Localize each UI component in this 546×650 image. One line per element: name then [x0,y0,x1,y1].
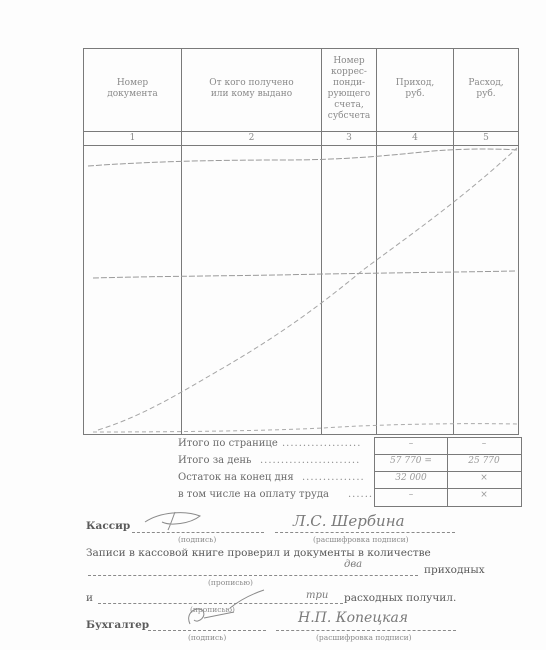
accountant-name: Н.П. Копецкая [298,610,408,626]
cashier-signature-line [132,532,264,533]
totals-label: Итого по странице [178,438,278,449]
and-label: и [86,592,93,604]
balance-income: 32 000 [375,473,447,483]
accountant-signature-caption: (подпись) [188,633,226,642]
totals-section: Итого по странице ................... – … [178,437,520,505]
words-caption-1: (прописью) [208,578,253,587]
incoming-label: приходных [424,564,485,576]
verification-text: Записи в кассовой книге проверил и докум… [86,547,431,559]
totals-row-payroll: в том числе на оплату труда ...... – × [178,488,520,505]
accountant-label: Бухгалтер [86,619,149,631]
accountant-decoding-line [276,630,456,631]
incoming-count-line [88,575,418,576]
payroll-income: – [375,490,447,500]
page-total-income: – [375,439,447,449]
cashier-name: Л.С. Шербина [293,512,405,530]
cashier-decoding-line [275,532,455,533]
incoming-count: два [344,559,362,570]
day-total-income: 57 770 = [375,456,447,466]
accountant-signature [180,588,270,632]
crossed-out-lines [83,48,519,435]
accountant-decoding-caption: (расшифровка подписи) [316,633,412,642]
cashier-label: Кассир [86,520,130,532]
cashier-decoding-caption: (расшифровка подписи) [313,535,409,544]
totals-label: в том числе на оплату труда [178,489,329,500]
totals-row-page: Итого по странице ................... – … [178,437,520,454]
outgoing-label: расходных получил. [344,592,456,604]
page-total-expense: – [448,439,520,449]
cash-book-page: Номер документа От кого получено или ком… [0,0,546,650]
outgoing-count: три [306,590,328,601]
totals-row-day: Итого за день ........................ 5… [178,454,520,471]
cashier-signature [140,508,210,532]
payroll-expense: × [448,490,520,500]
totals-label: Итого за день [178,455,252,466]
totals-label: Остаток на конец дня [178,472,294,483]
cashier-signature-caption: (подпись) [178,535,216,544]
day-total-expense: 25 770 [448,456,520,466]
balance-expense: × [448,473,520,483]
totals-row-balance: Остаток на конец дня ............... 32 … [178,471,520,488]
cash-book-table: Номер документа От кого получено или ком… [83,48,519,435]
